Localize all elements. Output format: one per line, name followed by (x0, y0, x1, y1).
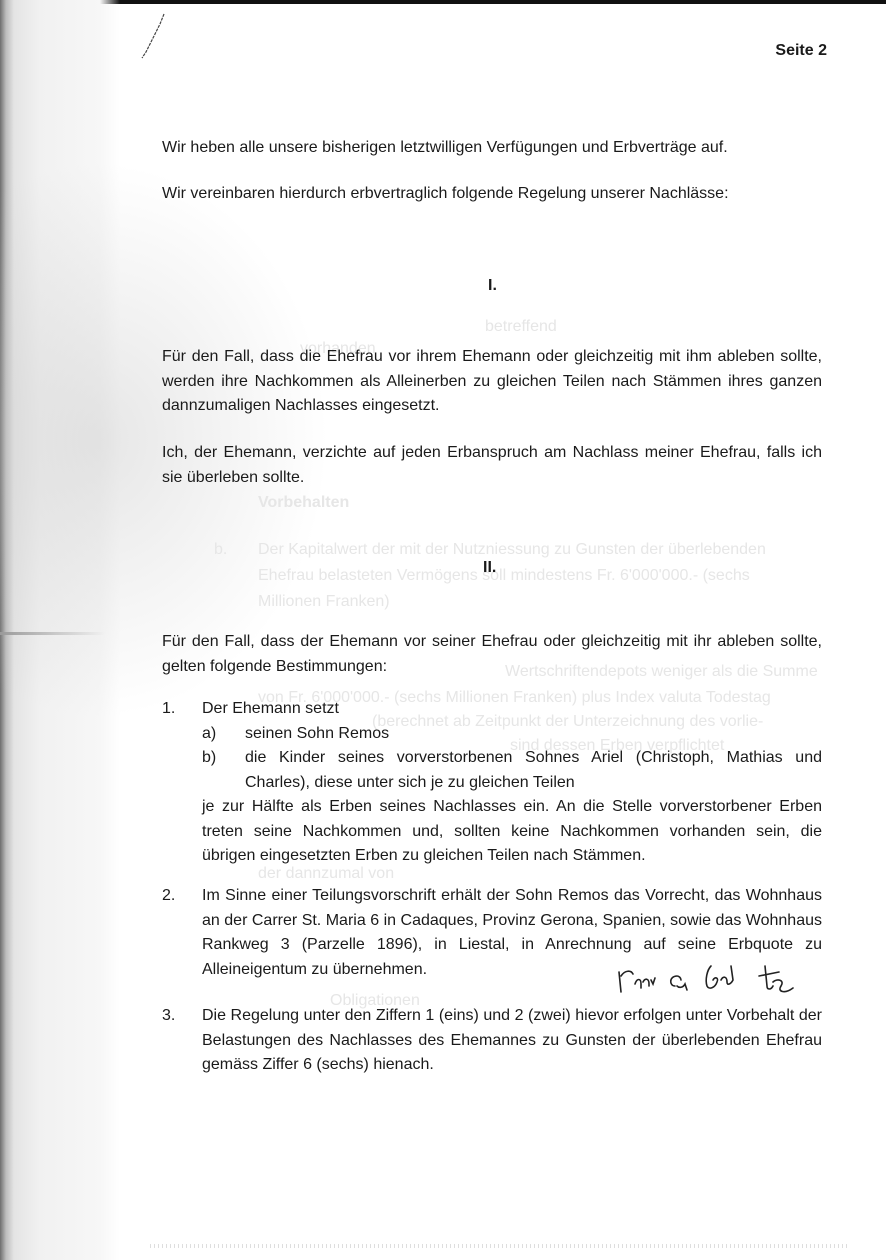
bleed-text: betreffend (485, 318, 557, 336)
item-lead: Der Ehemann setzt (202, 697, 822, 722)
item-text: Die Regelung unter den Ziffern 1 (eins) … (202, 1004, 822, 1078)
item-number: 1. (162, 697, 175, 722)
bleed-text: Der Kapitalwert der mit der Nutzniessung… (258, 541, 766, 559)
item-continuation: je zur Hälfte als Erben seines Nachlasse… (202, 795, 822, 869)
section-heading-ii: II. (483, 559, 496, 577)
section-i-paragraph-2: Ich, der Ehemann, verzichte auf jeden Er… (162, 441, 822, 490)
subitem-a: a) seinen Sohn Remos (202, 722, 822, 747)
item-number: 3. (162, 1004, 175, 1029)
revocation-paragraph: Wir heben alle unsere bisherigen letztwi… (162, 136, 822, 161)
subitem-letter: a) (202, 722, 216, 747)
page-number: Seite 2 (775, 42, 827, 60)
pen-stroke-mark (140, 12, 166, 60)
subitem-b: b) die Kinder seines vorverstorbenen Soh… (202, 746, 822, 795)
handwritten-signature (615, 962, 805, 998)
item-number: 2. (162, 884, 175, 909)
subitem-text: seinen Sohn Remos (245, 725, 389, 742)
section-ii-intro: Für den Fall, dass der Ehemann vor seine… (162, 630, 822, 679)
scan-noise (150, 1244, 850, 1248)
paper-crease (0, 632, 105, 635)
section-i-paragraph-1: Für den Fall, dass die Ehefrau vor ihrem… (162, 345, 822, 419)
list-item-3: 3. Die Regelung unter den Ziffern 1 (ein… (162, 1004, 822, 1078)
subitem-letter: b) (202, 746, 216, 771)
list-item-1: 1. Der Ehemann setzt a) seinen Sohn Remo… (162, 697, 822, 869)
agreement-paragraph: Wir vereinbaren hierdurch erbvertraglich… (162, 182, 822, 207)
subitem-text: die Kinder seines vorverstorbenen Sohnes… (245, 749, 822, 791)
section-heading-i: I. (488, 277, 497, 295)
bleed-text: Ehefrau belasteten Vermögens soll mindes… (258, 567, 750, 585)
scan-top-edge (0, 0, 886, 4)
